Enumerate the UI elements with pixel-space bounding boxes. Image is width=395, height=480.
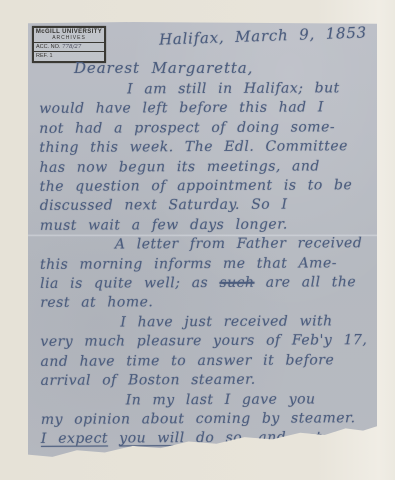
letter-line: not had a prospect of doing some- xyxy=(39,118,372,139)
letter-line: rest at home. xyxy=(40,293,373,314)
scan-background: { "colors":{ "background":"#e8e4da", "pa… xyxy=(0,0,395,480)
letter-line: must wait a few days longer. xyxy=(40,215,373,236)
letter-text-segment: very much pleasure yours of Feb'y 17, xyxy=(40,332,367,350)
letter-line: I have just received with xyxy=(40,312,373,333)
letter-line: and have time to answer it before xyxy=(40,351,373,372)
letter-line: In my last I gave you xyxy=(41,390,374,411)
letter-text-segment xyxy=(108,431,119,447)
stamp-department: ARCHIVES xyxy=(34,35,104,42)
letter-line: would have left before this had I xyxy=(39,99,372,120)
letter-text-segment: I have just received with xyxy=(120,313,332,330)
letter-text-segment: I expect xyxy=(41,431,108,447)
letter-text-segment: A letter from Father received xyxy=(115,235,362,252)
letter-line: thing this week. The Edl. Committee xyxy=(39,137,372,158)
stamp-institution: McGILL UNIVERSITY xyxy=(34,28,104,35)
letter-page: McGILL UNIVERSITY ARCHIVES ACC. NO. 778/… xyxy=(28,22,377,459)
stamp-accession-value: 778/27 xyxy=(62,44,81,50)
letter-line: A letter from Father received xyxy=(40,234,373,255)
letter-text-segment: and have time to answer it before xyxy=(40,352,334,370)
letter-text-segment: the question of appointment is to be xyxy=(40,177,353,195)
letter-text-segment: discussed next Saturday. So I xyxy=(40,197,288,214)
salutation: Dearest Margaretta, xyxy=(74,59,253,77)
letter-body: I am still in Halifax; butwould have lef… xyxy=(39,79,374,449)
letter-text-segment: arrival of Boston steamer. xyxy=(41,372,256,389)
stamp-accession-label: ACC. NO. xyxy=(36,44,60,50)
letter-text-segment: are all the xyxy=(254,274,356,291)
letter-text-segment: thing this week. The Edl. Committee xyxy=(39,138,348,156)
letter-text-segment: such xyxy=(219,275,254,291)
letter-text-segment: not think xyxy=(297,429,372,445)
letter-text-segment: my opinion about coming by steamer. xyxy=(41,410,356,428)
letter-line: my opinion about coming by steamer. xyxy=(41,409,374,430)
letter-text-segment: I am still in Halifax; but xyxy=(127,80,340,97)
letter-line: this morning informs me that Ame- xyxy=(40,254,373,275)
letter-text-segment: would have left before this had I xyxy=(39,100,324,117)
letter-text-segment: you will do so, xyxy=(119,430,247,447)
letter-text-segment: In my last I gave you xyxy=(126,391,316,408)
letter-line: I expect you will do so, and not think xyxy=(41,428,374,449)
letter-text-segment: this morning informs me that Ame- xyxy=(40,255,337,273)
letter-text-segment: rest at home. xyxy=(40,295,153,312)
date-line: Halifax, March 9, 1853 xyxy=(159,23,367,48)
letter-line: lia is quite well; as such are all the xyxy=(40,273,373,294)
stamp-accession-row: ACC. NO. 778/27 xyxy=(34,42,104,51)
letter-text-segment: has now begun its meetings, and xyxy=(39,158,319,175)
letter-line: discussed next Saturday. So I xyxy=(40,196,373,217)
letter-line: very much pleasure yours of Feb'y 17, xyxy=(40,331,373,352)
letter-text-segment: not had a prospect of doing some- xyxy=(39,119,335,137)
letter-text-segment: and xyxy=(247,430,297,446)
letter-text-segment: must wait a few days longer. xyxy=(40,216,288,233)
letter-text-segment: lia is quite well; as xyxy=(40,275,219,292)
letter-line: has now begun its meetings, and xyxy=(39,157,372,178)
archive-stamp: McGILL UNIVERSITY ARCHIVES ACC. NO. 778/… xyxy=(32,26,106,63)
letter-line: I am still in Halifax; but xyxy=(39,79,372,100)
letter-line: arrival of Boston steamer. xyxy=(41,370,374,391)
letter-line: the question of appointment is to be xyxy=(40,176,373,197)
